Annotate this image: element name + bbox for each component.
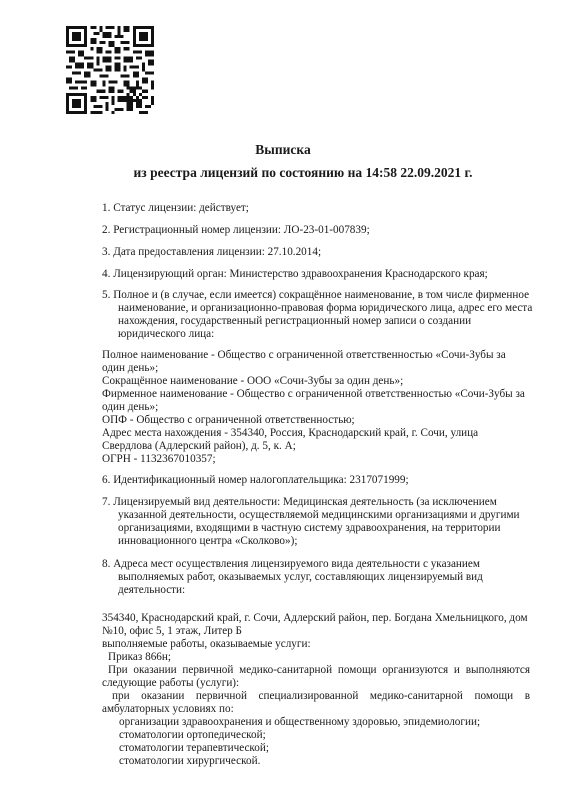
item-7-line-1: 7. Лицензируемый вид деятельности: Медиц… [102, 496, 497, 510]
services-heading: выполняемые работы, оказываемые услуги: [102, 638, 311, 652]
service-item: стоматологии хирургической. [119, 755, 260, 769]
activity-address: 354340, Краснодарский край, г. Сочи, Адл… [102, 612, 528, 626]
item-7-line-2: указанной деятельности, осуществляемой м… [118, 509, 520, 523]
service-item: стоматологии терапевтической; [119, 742, 269, 756]
primary-care-line-1: При оказании первичной медико-санитарной… [108, 664, 530, 678]
org-ogrn: ОГРН - 1132367010357; [102, 453, 216, 467]
order-reference: Приказ 866н; [108, 651, 171, 665]
activity-address-cont: №10, офис 5, 1 этаж, Литер Б [102, 625, 242, 639]
item-status: 1. Статус лицензии: действует; [102, 202, 249, 216]
item-inn: 6. Идентификационный номер налогоплатель… [102, 474, 409, 488]
qr-code-icon [66, 26, 154, 114]
org-address: Адрес места нахождения - 354340, Россия,… [102, 427, 478, 441]
item-issue-date: 3. Дата предоставления лицензии: 27.10.2… [102, 246, 321, 260]
specialized-care-line-1: при оказании первичной специализированно… [112, 690, 530, 704]
org-address-cont: Свердлова (Адлерский район), д. 5, к. А; [102, 440, 296, 454]
org-legal-form: ОПФ - Общество с ограниченной ответствен… [102, 414, 355, 428]
item-8-line-2: выполняемых работ, оказываемых услуг, со… [118, 571, 483, 585]
org-brand-name-cont: один день»; [102, 401, 158, 415]
item-7-line-4: инновационного центра «Сколково»); [118, 535, 297, 549]
primary-care-line-2: следующие работы (услуги): [102, 677, 239, 691]
item-5-line-2: наименование, и организационно-правовая … [118, 302, 532, 316]
item-8-line-1: 8. Адреса мест осуществления лицензируем… [102, 558, 480, 572]
service-item: организации здравоохранения и общественн… [119, 716, 480, 730]
item-5-line-3: нахождения, государственный регистрацион… [118, 315, 471, 329]
org-full-name-cont: один день»; [102, 362, 158, 376]
org-full-name: Полное наименование - Общество с огранич… [102, 349, 506, 363]
document-subtitle: из реестра лицензий по состоянию на 14:5… [20, 165, 566, 181]
org-brand-name: Фирменное наименование - Общество с огра… [102, 388, 525, 402]
item-licensing-body: 4. Лицензирующий орган: Министерство здр… [102, 268, 488, 282]
item-8-line-3: деятельности: [118, 584, 185, 598]
specialized-care-line-2: амбулаторных условиях по: [102, 703, 234, 717]
item-5-line-1: 5. Полное и (в случае, если имеется) сок… [102, 289, 529, 303]
org-short-name: Сокращённое наименование - ООО «Сочи-Зуб… [102, 375, 403, 389]
service-item: стоматологии ортопедической; [119, 729, 266, 743]
item-7-line-3: организациями, входящими в частную систе… [118, 522, 501, 536]
document-title: Выписка [0, 142, 566, 158]
item-5-line-4: юридического лица: [118, 328, 214, 342]
item-reg-number: 2. Регистрационный номер лицензии: ЛО-23… [102, 224, 370, 238]
